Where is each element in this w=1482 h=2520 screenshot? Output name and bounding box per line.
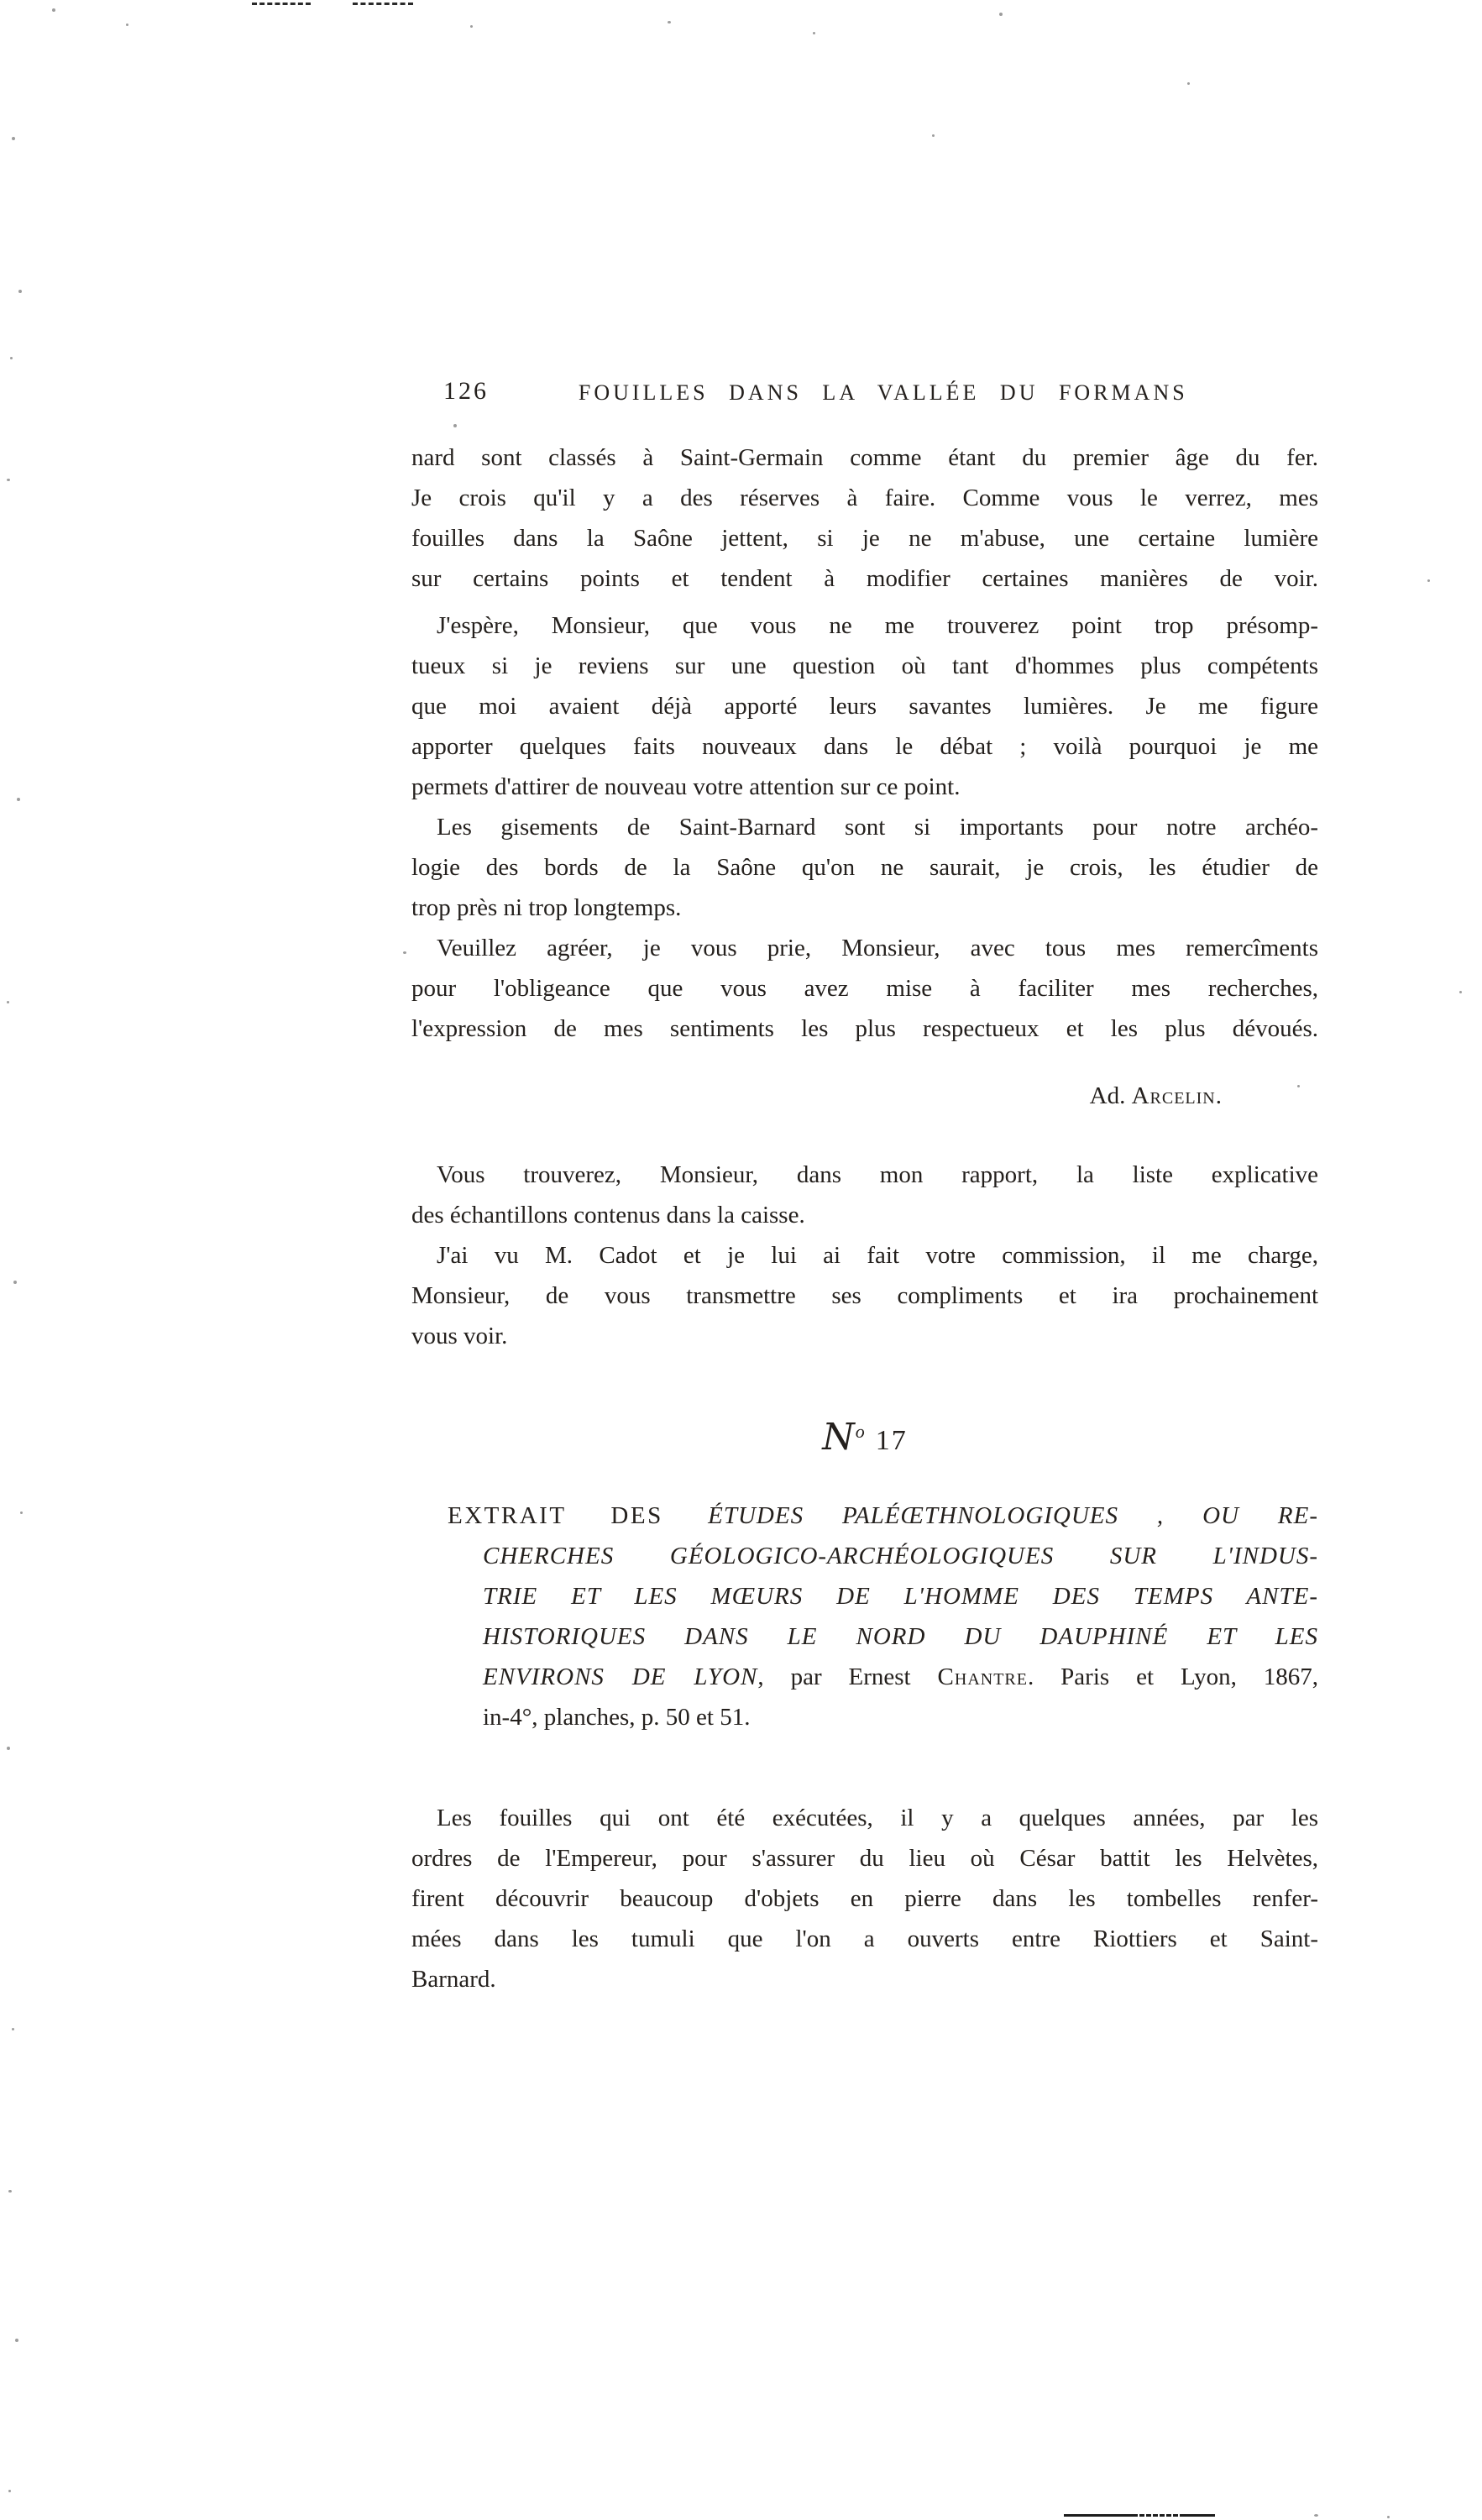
paragraph-5: Vous trouverez, Monsieur, dans mon rappo… bbox=[411, 1155, 1318, 1235]
text-line: que moi avaient déjà apporté leurs savan… bbox=[411, 686, 1318, 726]
text-line: nard sont classés à Saint-Germain comme … bbox=[411, 437, 1318, 478]
text-segment: , par Ernest bbox=[757, 1663, 937, 1690]
text-line: ordres de l'Empereur, pour s'assurer du … bbox=[411, 1838, 1318, 1878]
text-segment: Ad. bbox=[1090, 1082, 1132, 1109]
running-title: FOUILLES DANS LA VALLÉE DU FORMANS bbox=[579, 380, 1188, 406]
text-segment: EXTRAIT DES bbox=[448, 1502, 708, 1529]
text-line: firent découvrir beaucoup d'objets en pi… bbox=[411, 1878, 1318, 1919]
text-line: logie des bords de la Saône qu'on ne sau… bbox=[411, 847, 1318, 888]
scan-speck bbox=[1387, 2516, 1390, 2518]
scan-speck bbox=[1459, 991, 1462, 993]
text-line: in-4°, planches, p. 50 et 51. bbox=[483, 1697, 1318, 1737]
scan-speck bbox=[17, 798, 20, 801]
section-number-ordinal: o bbox=[856, 1421, 865, 1442]
scan-speck bbox=[10, 357, 13, 359]
text-line: J'ai vu M. Cadot et je lui ai fait votre… bbox=[411, 1235, 1318, 1276]
scan-artifact bbox=[353, 3, 413, 5]
text-line: apporter quelques faits nouveaux dans le… bbox=[411, 726, 1318, 767]
text-line: ENVIRONS DE LYON, par Ernest Chantre. Pa… bbox=[483, 1657, 1318, 1697]
text-segment: . Paris et Lyon, 1867, bbox=[1028, 1663, 1318, 1690]
bibliography: EXTRAIT DES ÉTUDES PALÉŒTHNOLOGIQUES , O… bbox=[411, 1496, 1318, 1737]
text-line: sur certains points et tendent à modifie… bbox=[411, 558, 1318, 599]
text-segment: CHERCHES GÉOLOGICO-ARCHÉOLOGIQUES SUR L'… bbox=[483, 1543, 1318, 1569]
scan-artifact bbox=[252, 3, 311, 5]
signature: Ad. Arcelin. bbox=[411, 1076, 1318, 1116]
text-line: vous voir. bbox=[411, 1316, 1318, 1356]
scan-speck bbox=[126, 24, 128, 26]
text-column: 126 FOUILLES DANS LA VALLÉE DU FORMANS n… bbox=[411, 0, 1318, 2520]
text-line: permets d'attirer de nouveau votre atten… bbox=[411, 767, 1318, 807]
book-page: 126 FOUILLES DANS LA VALLÉE DU FORMANS n… bbox=[0, 0, 1482, 2520]
text-line: tueux si je reviens sur une question où … bbox=[411, 646, 1318, 686]
text-line: Les fouilles qui ont été exécutées, il y… bbox=[411, 1798, 1318, 1838]
scan-speck bbox=[15, 2339, 18, 2342]
text-segment: ÉTUDES PALÉŒTHNOLOGIQUES , OU RE- bbox=[708, 1502, 1318, 1529]
paragraph-3: Les gisements de Saint-Barnard sont si i… bbox=[411, 807, 1318, 928]
scan-speck bbox=[1427, 579, 1430, 582]
text-line: pour l'obligeance que vous avez mise à f… bbox=[411, 968, 1318, 1009]
text-line: HISTORIQUES DANS LE NORD DU DAUPHINÉ ET … bbox=[483, 1616, 1318, 1657]
scan-speck bbox=[12, 2028, 14, 2030]
text-line: Barnard. bbox=[411, 1959, 1318, 1999]
text-line: mées dans les tumuli que l'on a ouverts … bbox=[411, 1919, 1318, 1959]
text-line: TRIE ET LES MŒURS DE L'HOMME DES TEMPS A… bbox=[483, 1576, 1318, 1616]
text-line: J'espère, Monsieur, que vous ne me trouv… bbox=[411, 605, 1318, 646]
text-segment: ENVIRONS DE LYON bbox=[483, 1663, 757, 1690]
section-number-n: N bbox=[822, 1416, 855, 1459]
text-segment: HISTORIQUES DANS LE NORD DU DAUPHINÉ ET … bbox=[483, 1623, 1318, 1650]
text-line: Les gisements de Saint-Barnard sont si i… bbox=[411, 807, 1318, 847]
paragraph-2: J'espère, Monsieur, que vous ne me trouv… bbox=[411, 605, 1318, 807]
scan-speck bbox=[18, 290, 22, 293]
scan-speck bbox=[7, 1001, 9, 1003]
scan-speck bbox=[7, 1747, 10, 1750]
scan-speck bbox=[8, 2490, 11, 2492]
page-number: 126 bbox=[443, 377, 489, 406]
scan-speck bbox=[7, 479, 10, 481]
text-line: Vous trouverez, Monsieur, dans mon rappo… bbox=[411, 1155, 1318, 1195]
section-number: No17 bbox=[411, 1416, 1318, 1466]
text-segment: Arcelin bbox=[1132, 1082, 1216, 1109]
text-segment: in-4°, planches, p. 50 et 51. bbox=[483, 1704, 750, 1731]
text-segment: . bbox=[1216, 1082, 1222, 1109]
scan-speck bbox=[13, 1281, 17, 1284]
text-segment: TRIE ET LES MŒURS DE L'HOMME DES TEMPS A… bbox=[483, 1583, 1318, 1610]
text-line: l'expression de mes sentiments les plus … bbox=[411, 1009, 1318, 1049]
text-line: des échantillons contenus dans la caisse… bbox=[411, 1195, 1318, 1235]
text-line: trop près ni trop longtemps. bbox=[411, 888, 1318, 928]
scan-speck bbox=[20, 1511, 23, 1514]
page-header: 126 FOUILLES DANS LA VALLÉE DU FORMANS bbox=[411, 377, 1318, 412]
paragraph-7: Les fouilles qui ont été exécutées, il y… bbox=[411, 1798, 1318, 1999]
text-line: Veuillez agréer, je vous prie, Monsieur,… bbox=[411, 928, 1318, 968]
scan-speck bbox=[12, 137, 15, 140]
section-number-value: 17 bbox=[876, 1425, 908, 1456]
paragraph-1: nard sont classés à Saint-Germain comme … bbox=[411, 437, 1318, 599]
text-line: Monsieur, de vous transmettre ses compli… bbox=[411, 1276, 1318, 1316]
text-segment: Chantre bbox=[938, 1663, 1028, 1690]
text-line: Je crois qu'il y a des réserves à faire.… bbox=[411, 478, 1318, 518]
text-line: fouilles dans la Saône jettent, si je ne… bbox=[411, 518, 1318, 558]
paragraph-6: J'ai vu M. Cadot et je lui ai fait votre… bbox=[411, 1235, 1318, 1356]
scan-speck bbox=[8, 2190, 12, 2193]
scan-speck bbox=[403, 951, 406, 954]
scan-speck bbox=[52, 8, 55, 12]
text-line: EXTRAIT DES ÉTUDES PALÉŒTHNOLOGIQUES , O… bbox=[448, 1496, 1318, 1536]
paragraph-4: Veuillez agréer, je vous prie, Monsieur,… bbox=[411, 928, 1318, 1049]
text-line: CHERCHES GÉOLOGICO-ARCHÉOLOGIQUES SUR L'… bbox=[483, 1536, 1318, 1576]
